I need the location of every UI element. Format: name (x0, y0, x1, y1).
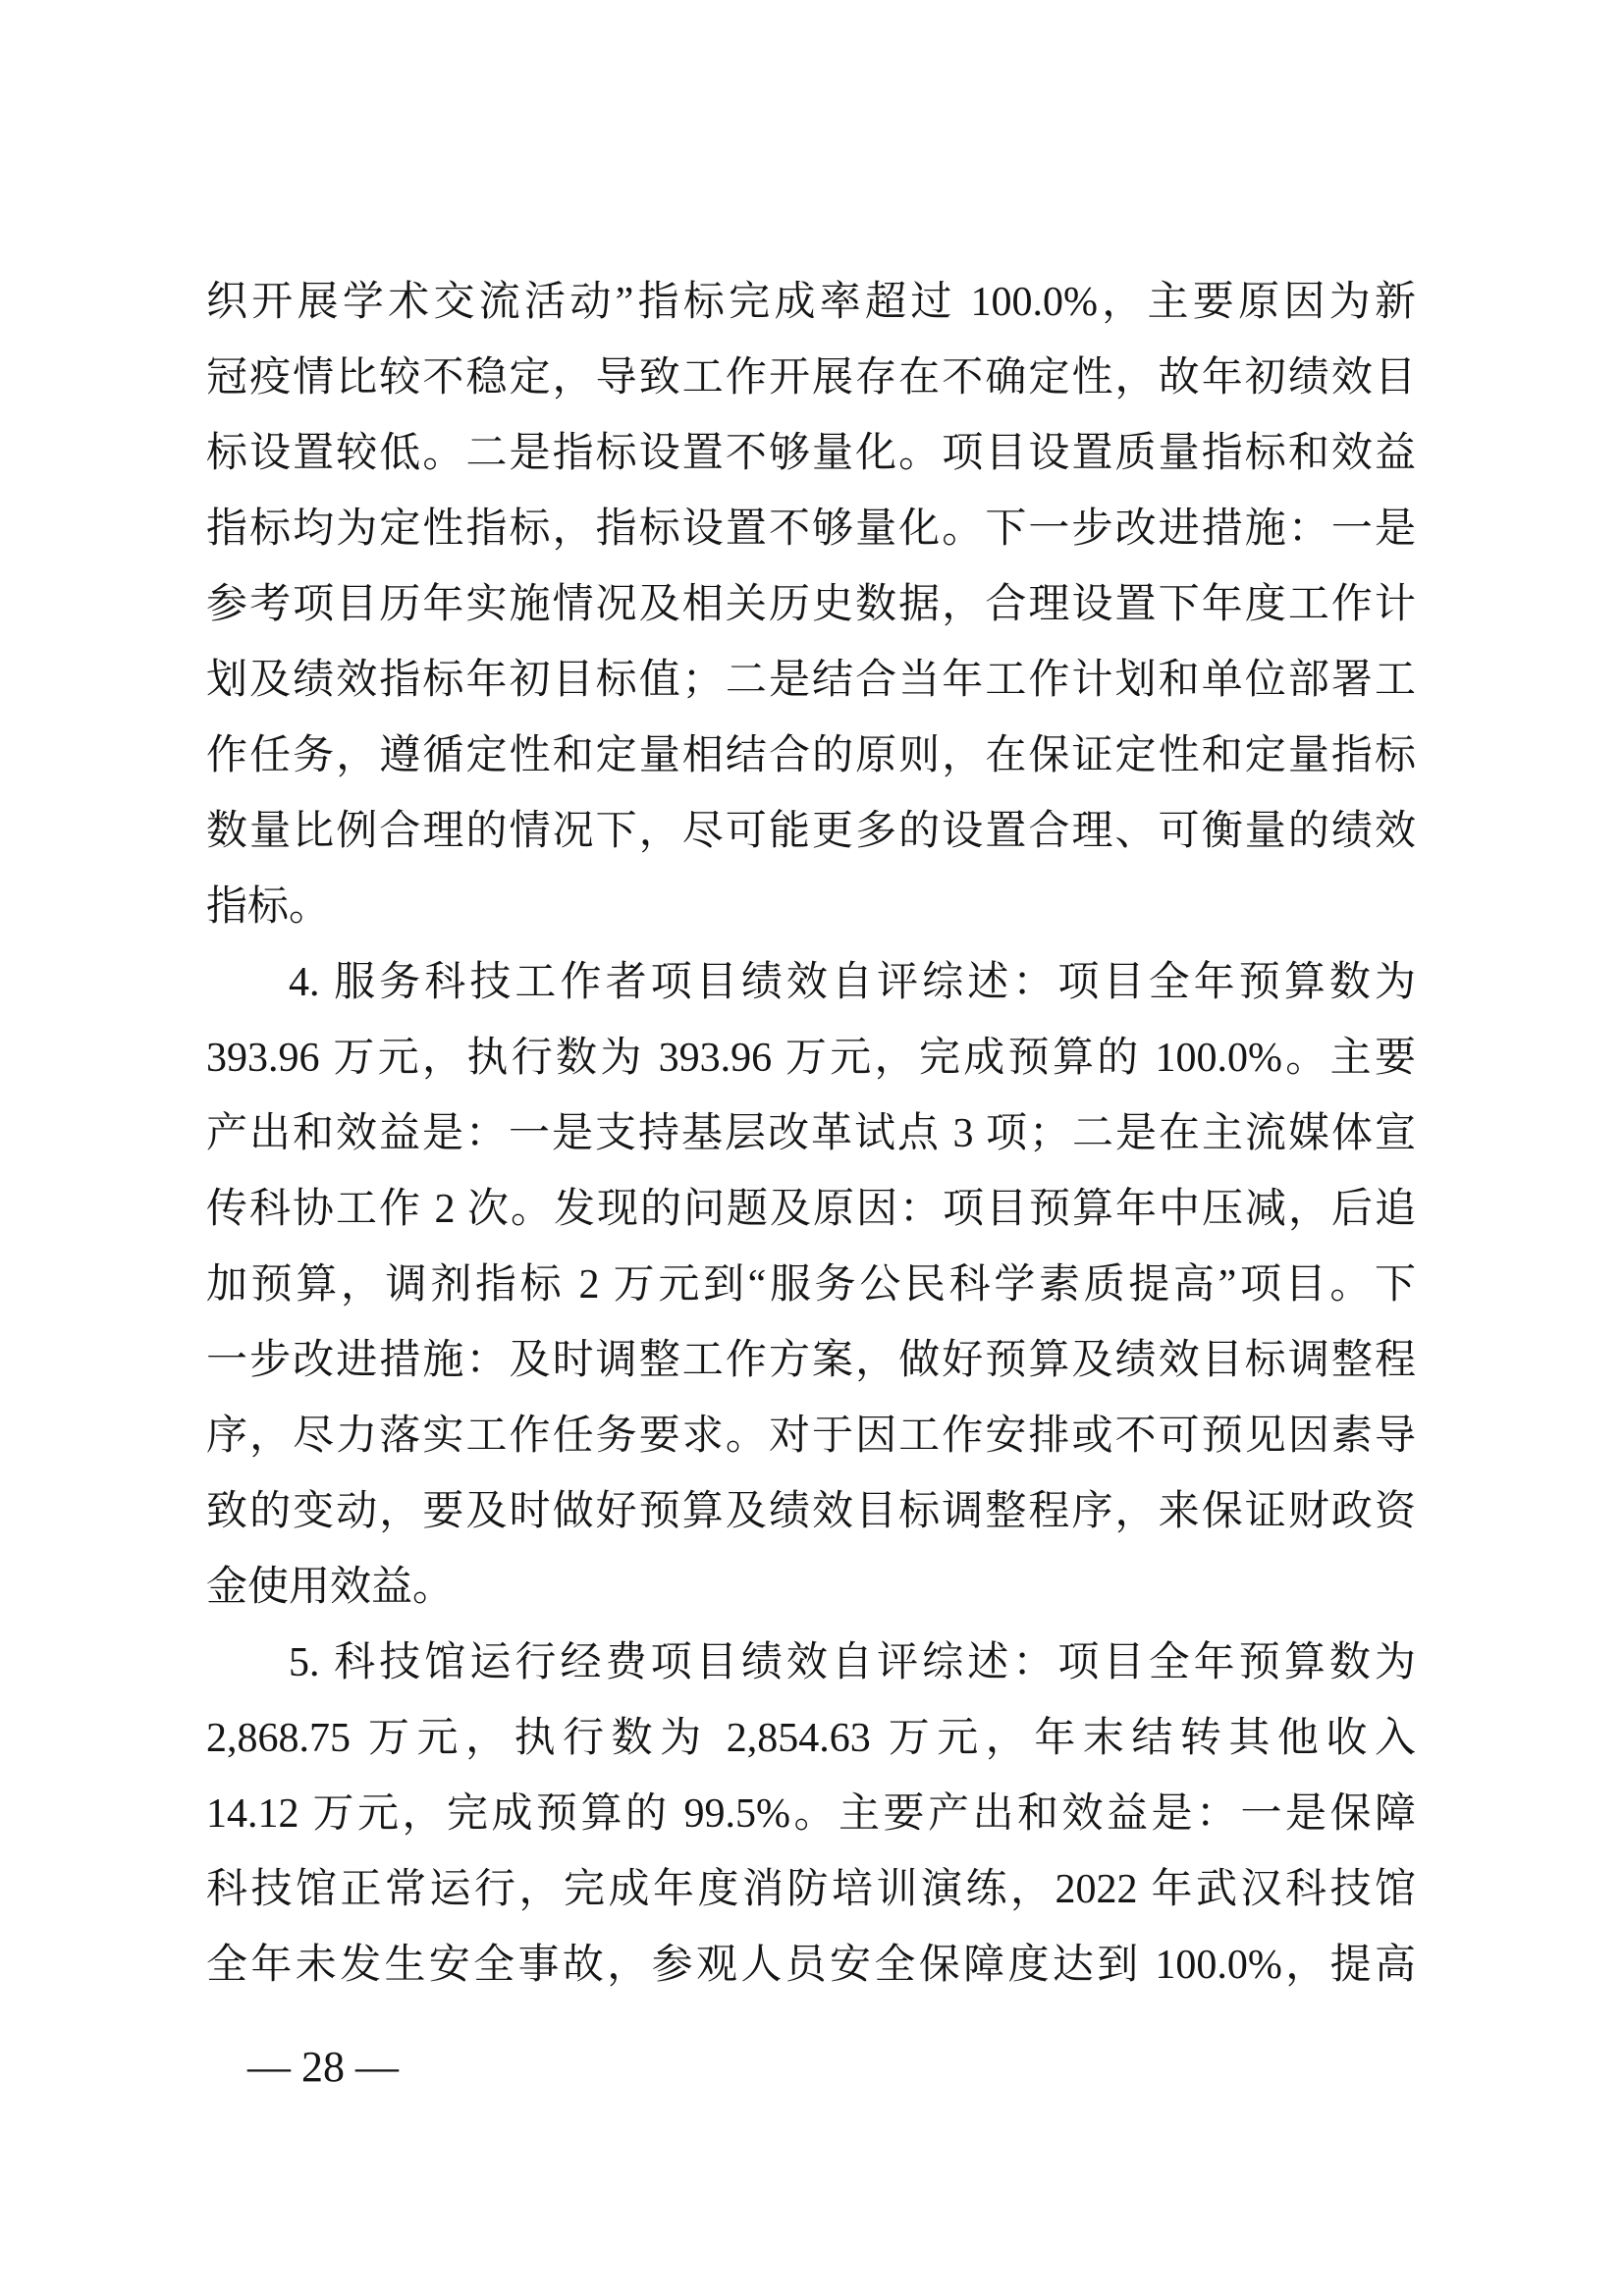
text-line: 织开展学术交流活动”指标完成率超过 100.0%，主要原因为新 (206, 265, 1416, 341)
text-line: 指标均为定性指标，指标设置不够量化。下一步改进措施：一是 (206, 492, 1416, 567)
text-line: 作任务，遵循定性和定量相结合的原则，在保证定性和定量指标 (206, 719, 1416, 794)
text-line: 标设置较低。二是指标设置不够量化。项目设置质量指标和效益 (206, 416, 1416, 492)
paragraph-start-item-5: 5. 科技馆运行经费项目绩效自评综述：项目全年预算数为 (206, 1626, 1416, 1701)
text-line: 金使用效益。 (206, 1550, 1416, 1626)
document-page: 织开展学术交流活动”指标完成率超过 100.0%，主要原因为新 冠疫情比较不稳定… (0, 0, 1624, 2296)
text-line: 加预算，调剂指标 2 万元到“服务公民科学素质提高”项目。下 (206, 1248, 1416, 1323)
text-line: 393.96 万元，执行数为 393.96 万元，完成预算的 100.0%。主要 (206, 1021, 1416, 1096)
text-line: 2,868.75 万元，执行数为 2,854.63 万元，年末结转其他收入 (206, 1701, 1416, 1777)
text-line: 科技馆正常运行，完成年度消防培训演练，2022 年武汉科技馆 (206, 1852, 1416, 1928)
text-line: 数量比例合理的情况下，尽可能更多的设置合理、可衡量的绩效 (206, 794, 1416, 870)
text-line: 冠疫情比较不稳定，导致工作开展存在不确定性，故年初绩效目 (206, 341, 1416, 416)
text-line: 全年未发生安全事故，参观人员安全保障度达到 100.0%，提高 (206, 1928, 1416, 2003)
text-line: 指标。 (206, 870, 1416, 945)
text-line: 产出和效益是：一是支持基层改革试点 3 项；二是在主流媒体宣 (206, 1096, 1416, 1172)
paragraph-start-item-4: 4. 服务科技工作者项目绩效自评综述：项目全年预算数为 (206, 945, 1416, 1021)
page-number: — 28 — (247, 2044, 399, 2091)
text-line: 序，尽力落实工作任务要求。对于因工作安排或不可预见因素导 (206, 1399, 1416, 1474)
text-line: 一步改进措施：及时调整工作方案，做好预算及绩效目标调整程 (206, 1323, 1416, 1399)
body-text: 织开展学术交流活动”指标完成率超过 100.0%，主要原因为新 冠疫情比较不稳定… (206, 265, 1416, 2003)
text-line: 参考项目历年实施情况及相关历史数据，合理设置下年度工作计 (206, 567, 1416, 643)
text-line: 传科协工作 2 次。发现的问题及原因：项目预算年中压减，后追 (206, 1172, 1416, 1248)
text-line: 14.12 万元，完成预算的 99.5%。主要产出和效益是：一是保障 (206, 1777, 1416, 1852)
text-line: 划及绩效指标年初目标值；二是结合当年工作计划和单位部署工 (206, 643, 1416, 719)
text-line: 致的变动，要及时做好预算及绩效目标调整程序，来保证财政资 (206, 1474, 1416, 1550)
